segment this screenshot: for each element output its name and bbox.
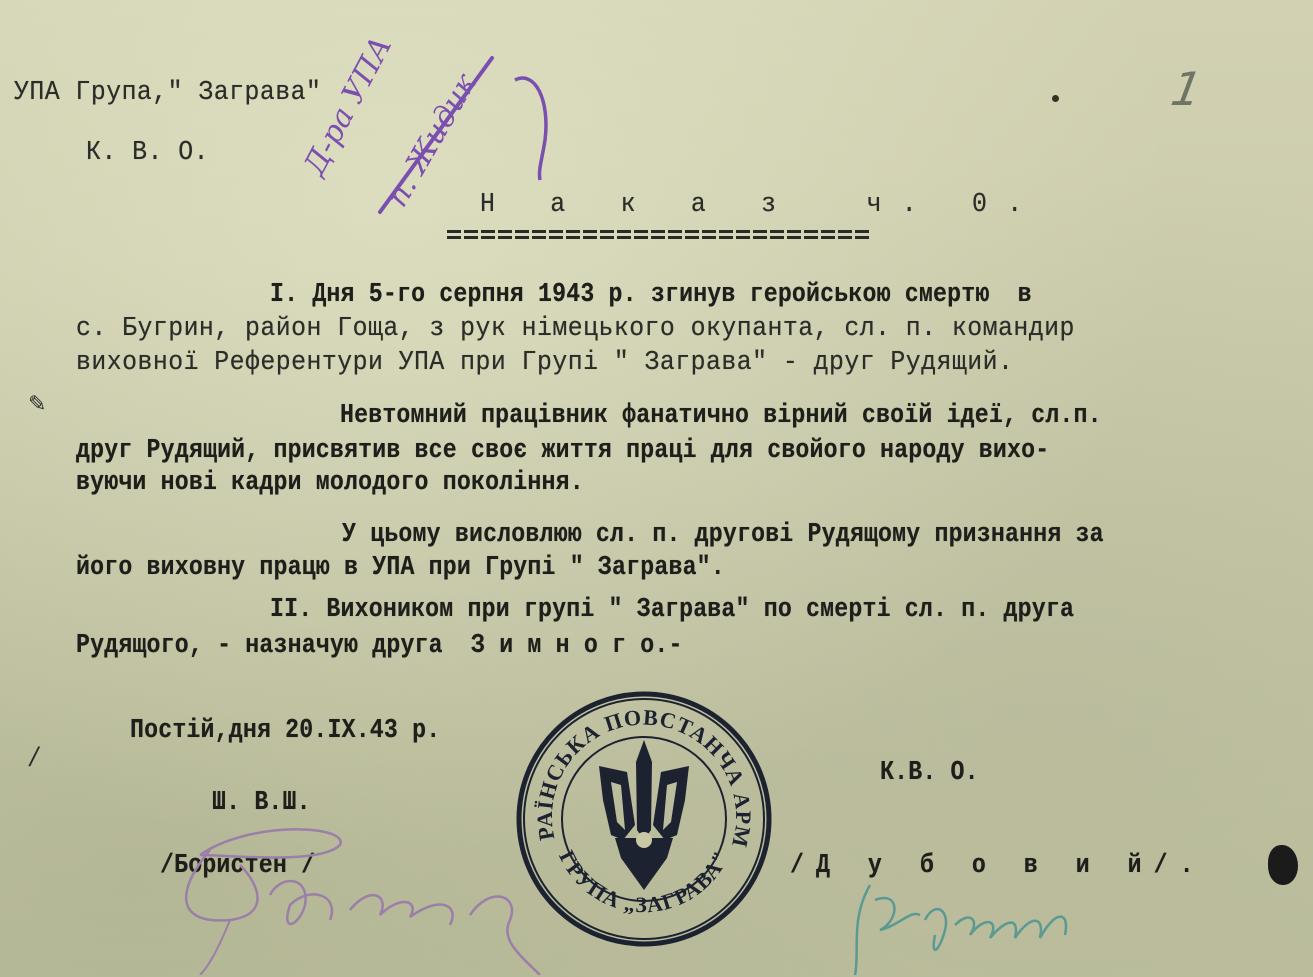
document-page: УПА Група," Заграва" К. В. О. 1 Д-ра УПА… xyxy=(0,0,1313,977)
right-signatory-title: К.В. О. xyxy=(880,760,979,787)
paragraph-2-line-2: друг Рудящий, присвятив все своє життя п… xyxy=(76,438,1049,465)
margin-ink-mark: ✎ xyxy=(28,392,46,417)
paragraph-1-line-3: виховної Референтури УПА при Групі " Заг… xyxy=(76,350,1013,377)
place-date: Постій,дня 20.IX.43 р. xyxy=(130,718,440,745)
paragraph-4-line-2: Рудящого, - назначую друга З и м н о г о… xyxy=(76,633,683,660)
page-number: 1 xyxy=(1167,62,1206,116)
right-handwritten-signature xyxy=(840,880,1090,977)
paragraph-2-line-1: Невтомний працівник фанатично вірний сво… xyxy=(340,403,1102,430)
paragraph-4-line-1: II. Вихоником при групі " Заграва" по см… xyxy=(270,597,1074,624)
margin-pencil-mark: / xyxy=(30,742,38,770)
right-signatory-name: /Д у б о в и й/. xyxy=(790,853,1206,880)
stamp-outer-text: УКРАЇНСЬКА ПОВСТАНЧА АРМІЯ xyxy=(515,690,756,850)
header-org-line: УПА Група," Заграва" xyxy=(14,80,321,107)
title-underline xyxy=(447,230,872,240)
left-handwritten-signature xyxy=(140,825,560,975)
paragraph-1-line-1: I. Дня 5-го серпня 1943 р. згинув геройс… xyxy=(270,282,1032,309)
document-title: Н а к а з ч. 0. xyxy=(480,192,1042,219)
left-signatory-title: Ш. В.Ш. xyxy=(212,790,311,817)
svg-text:УКРАЇНСЬКА ПОВСТАНЧА АРМІЯ: УКРАЇНСЬКА ПОВСТАНЧА АРМІЯ xyxy=(515,690,756,850)
paper-spot xyxy=(1052,95,1059,102)
paragraph-3-line-1: У цьому висловлюю сл. п. другові Рудящом… xyxy=(342,522,1104,549)
trident-icon xyxy=(599,740,689,890)
header-dept-line: К. В. О. xyxy=(86,140,209,167)
paragraph-1-line-2: с. Бугрин, район Гоща, з рук німецького … xyxy=(76,316,1075,343)
paragraph-2-line-3: вуючи нові кадри молодого покоління. xyxy=(76,470,584,497)
ink-blot xyxy=(1268,845,1298,885)
official-stamp: УКРАЇНСЬКА ПОВСТАНЧА АРМІЯ ГРУПА „ЗАГРАВ… xyxy=(515,690,773,948)
paragraph-3-line-2: його виховну працю в УПА при Групі " Заг… xyxy=(76,555,725,582)
